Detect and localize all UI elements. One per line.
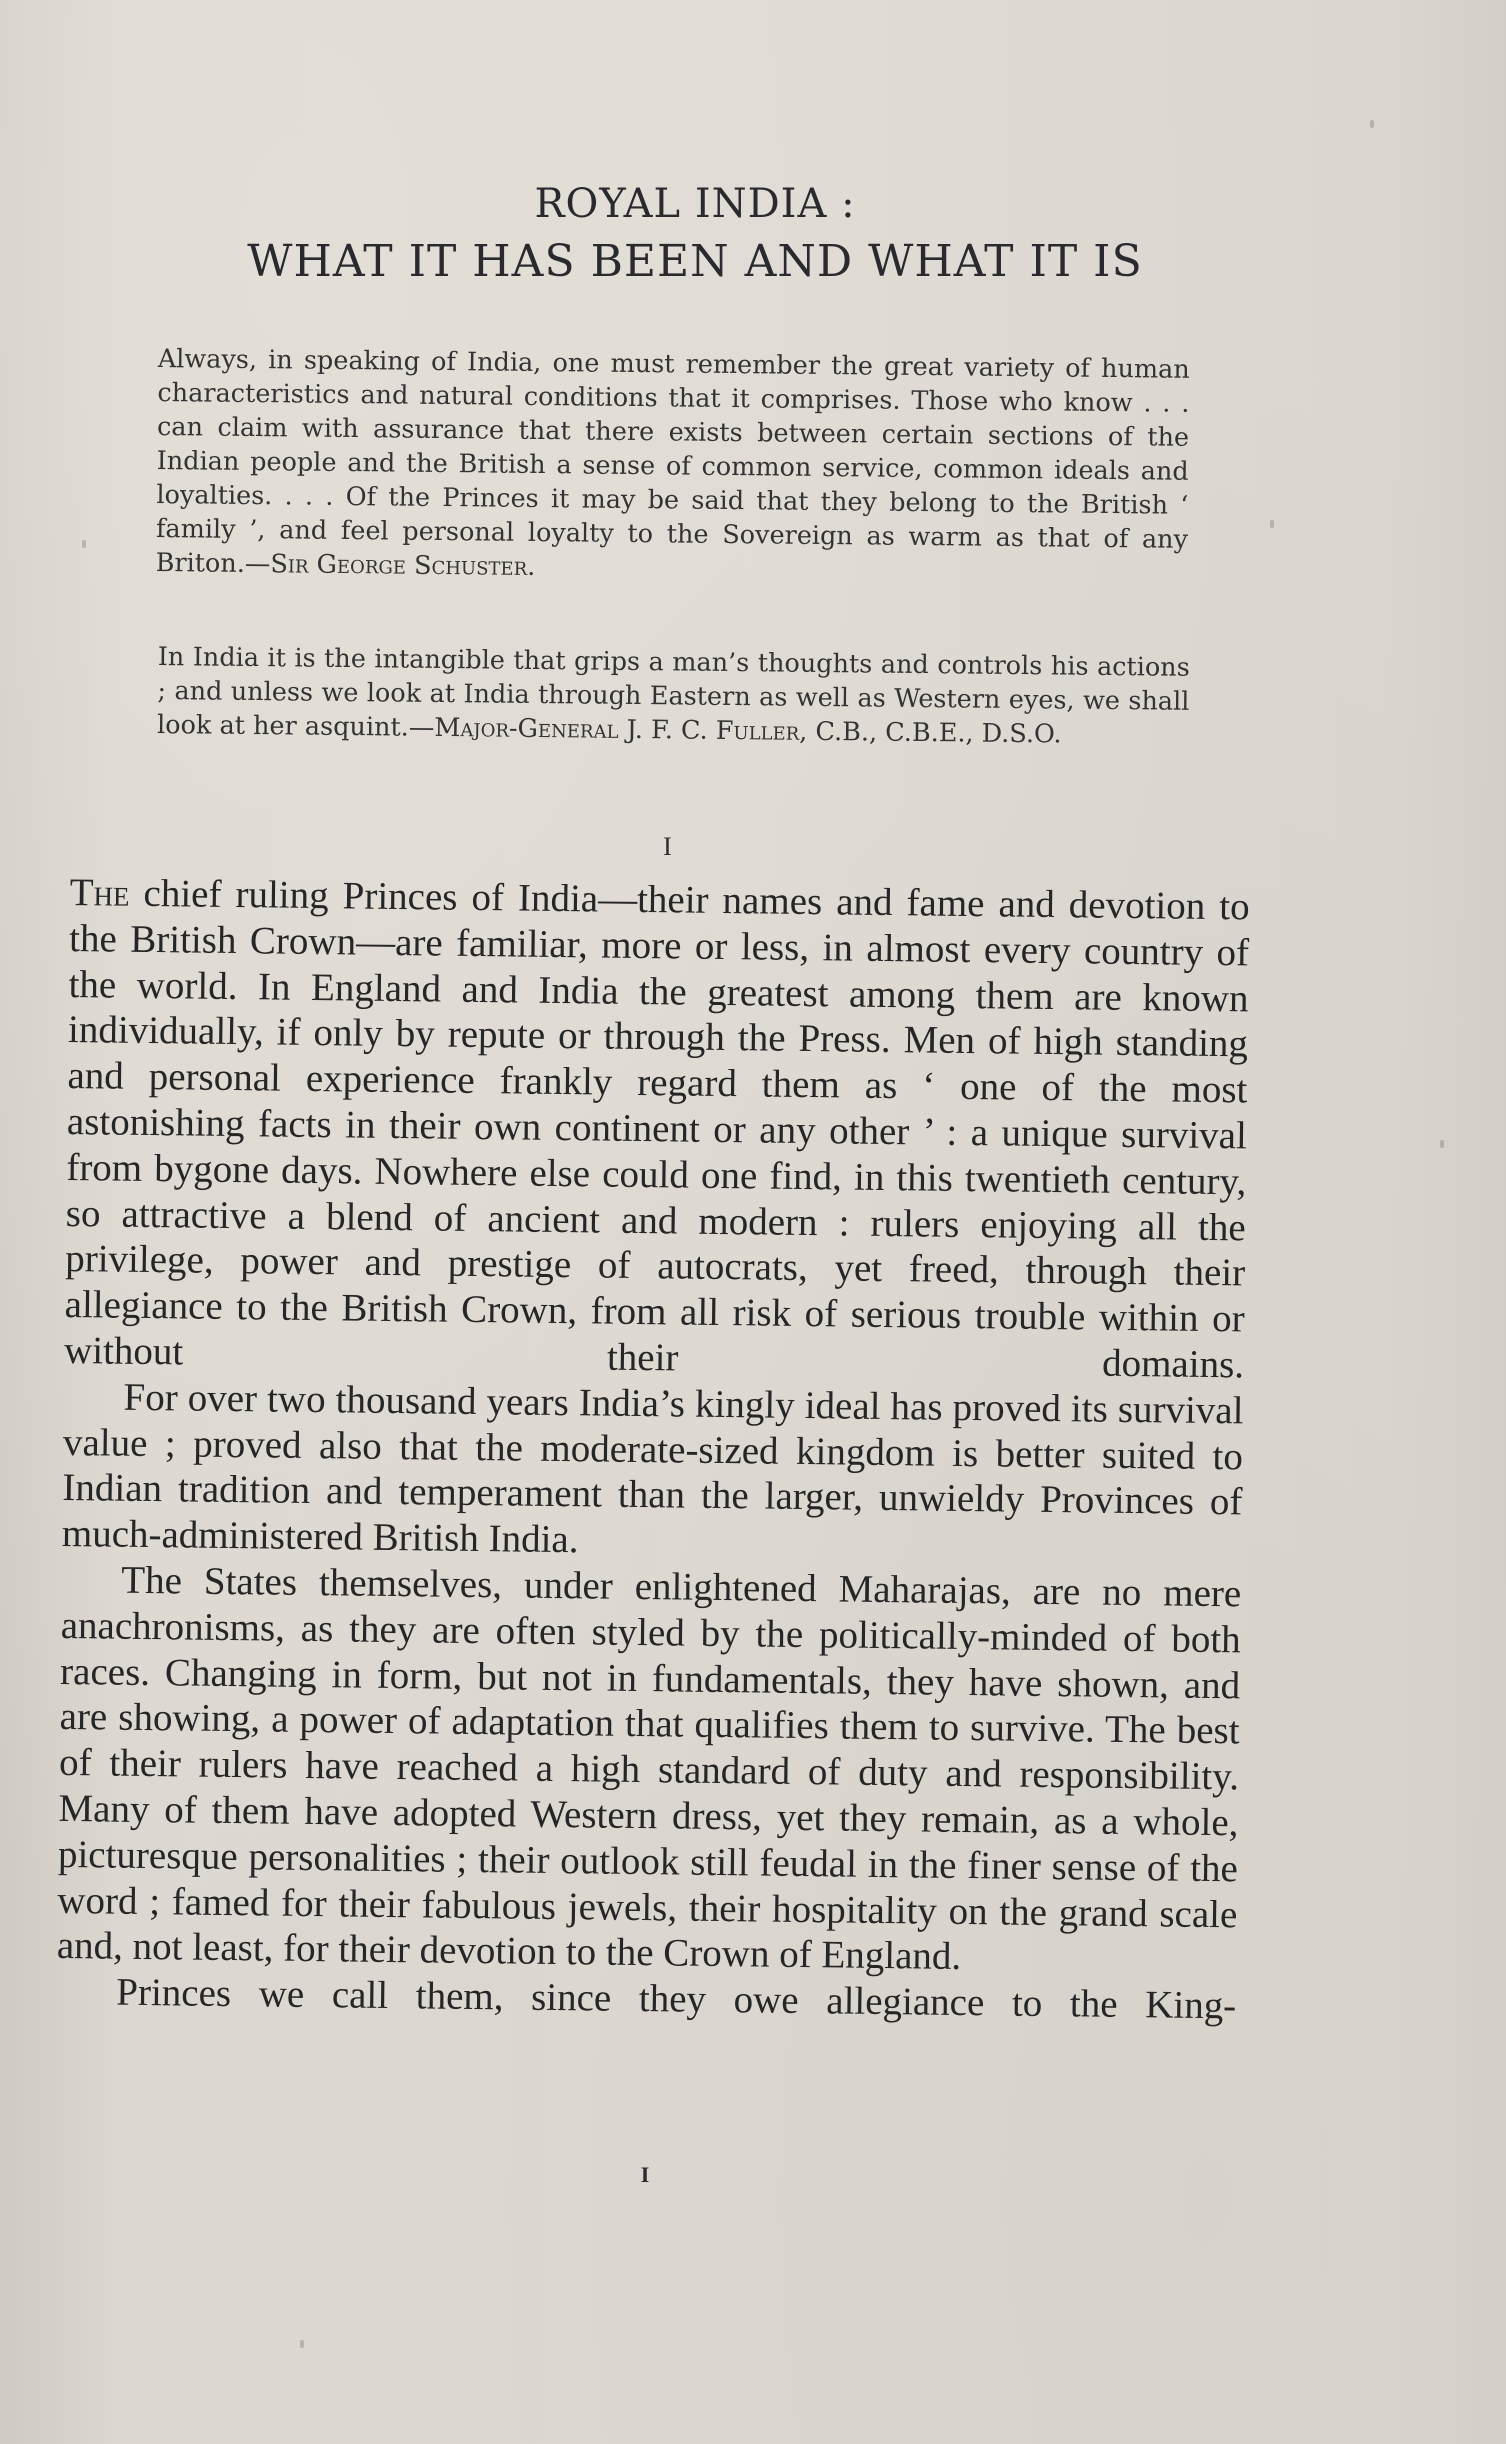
chapter-title: ROYAL INDIA : WHAT IT HAS BEEN AND WHAT … <box>0 178 1390 292</box>
paragraph: The States themselves, under enlightened… <box>57 1557 1242 1984</box>
paragraph: The chief ruling Princes of India—their … <box>64 870 1250 1388</box>
paper-speck <box>300 2340 304 2348</box>
chapter-title-line-1: ROYAL INDIA : <box>0 178 1390 230</box>
epigraph-fuller: In India it is the intangible that grips… <box>157 640 1190 753</box>
paper-speck <box>1440 1140 1444 1148</box>
paper-speck <box>82 540 86 548</box>
paragraph-lead-word: The <box>69 871 129 915</box>
body-text: The chief ruling Princes of India—their … <box>56 870 1250 2029</box>
paragraph-text: chief ruling Princes of India—their name… <box>64 872 1250 1387</box>
epigraph-text: Always, in speaking of India, one must r… <box>156 344 1190 579</box>
section-numeral: I <box>0 832 1335 862</box>
paper-speck <box>1270 520 1274 528</box>
chapter-title-line-2: WHAT IT HAS BEEN AND WHAT IT IS <box>0 232 1390 292</box>
epigraph-schuster: Always, in speaking of India, one must r… <box>156 342 1190 591</box>
page-number: I <box>0 2162 1290 2188</box>
epigraph-attribution: Sir George Schuster. <box>270 549 535 582</box>
paragraph: For over two thousand years India’s king… <box>62 1374 1244 1572</box>
paper-speck <box>1370 120 1374 128</box>
book-page: ROYAL INDIA : WHAT IT HAS BEEN AND WHAT … <box>0 0 1506 2444</box>
epigraph-attribution: Major-General J. F. C. Fuller, C.B., C.B… <box>434 713 1061 750</box>
